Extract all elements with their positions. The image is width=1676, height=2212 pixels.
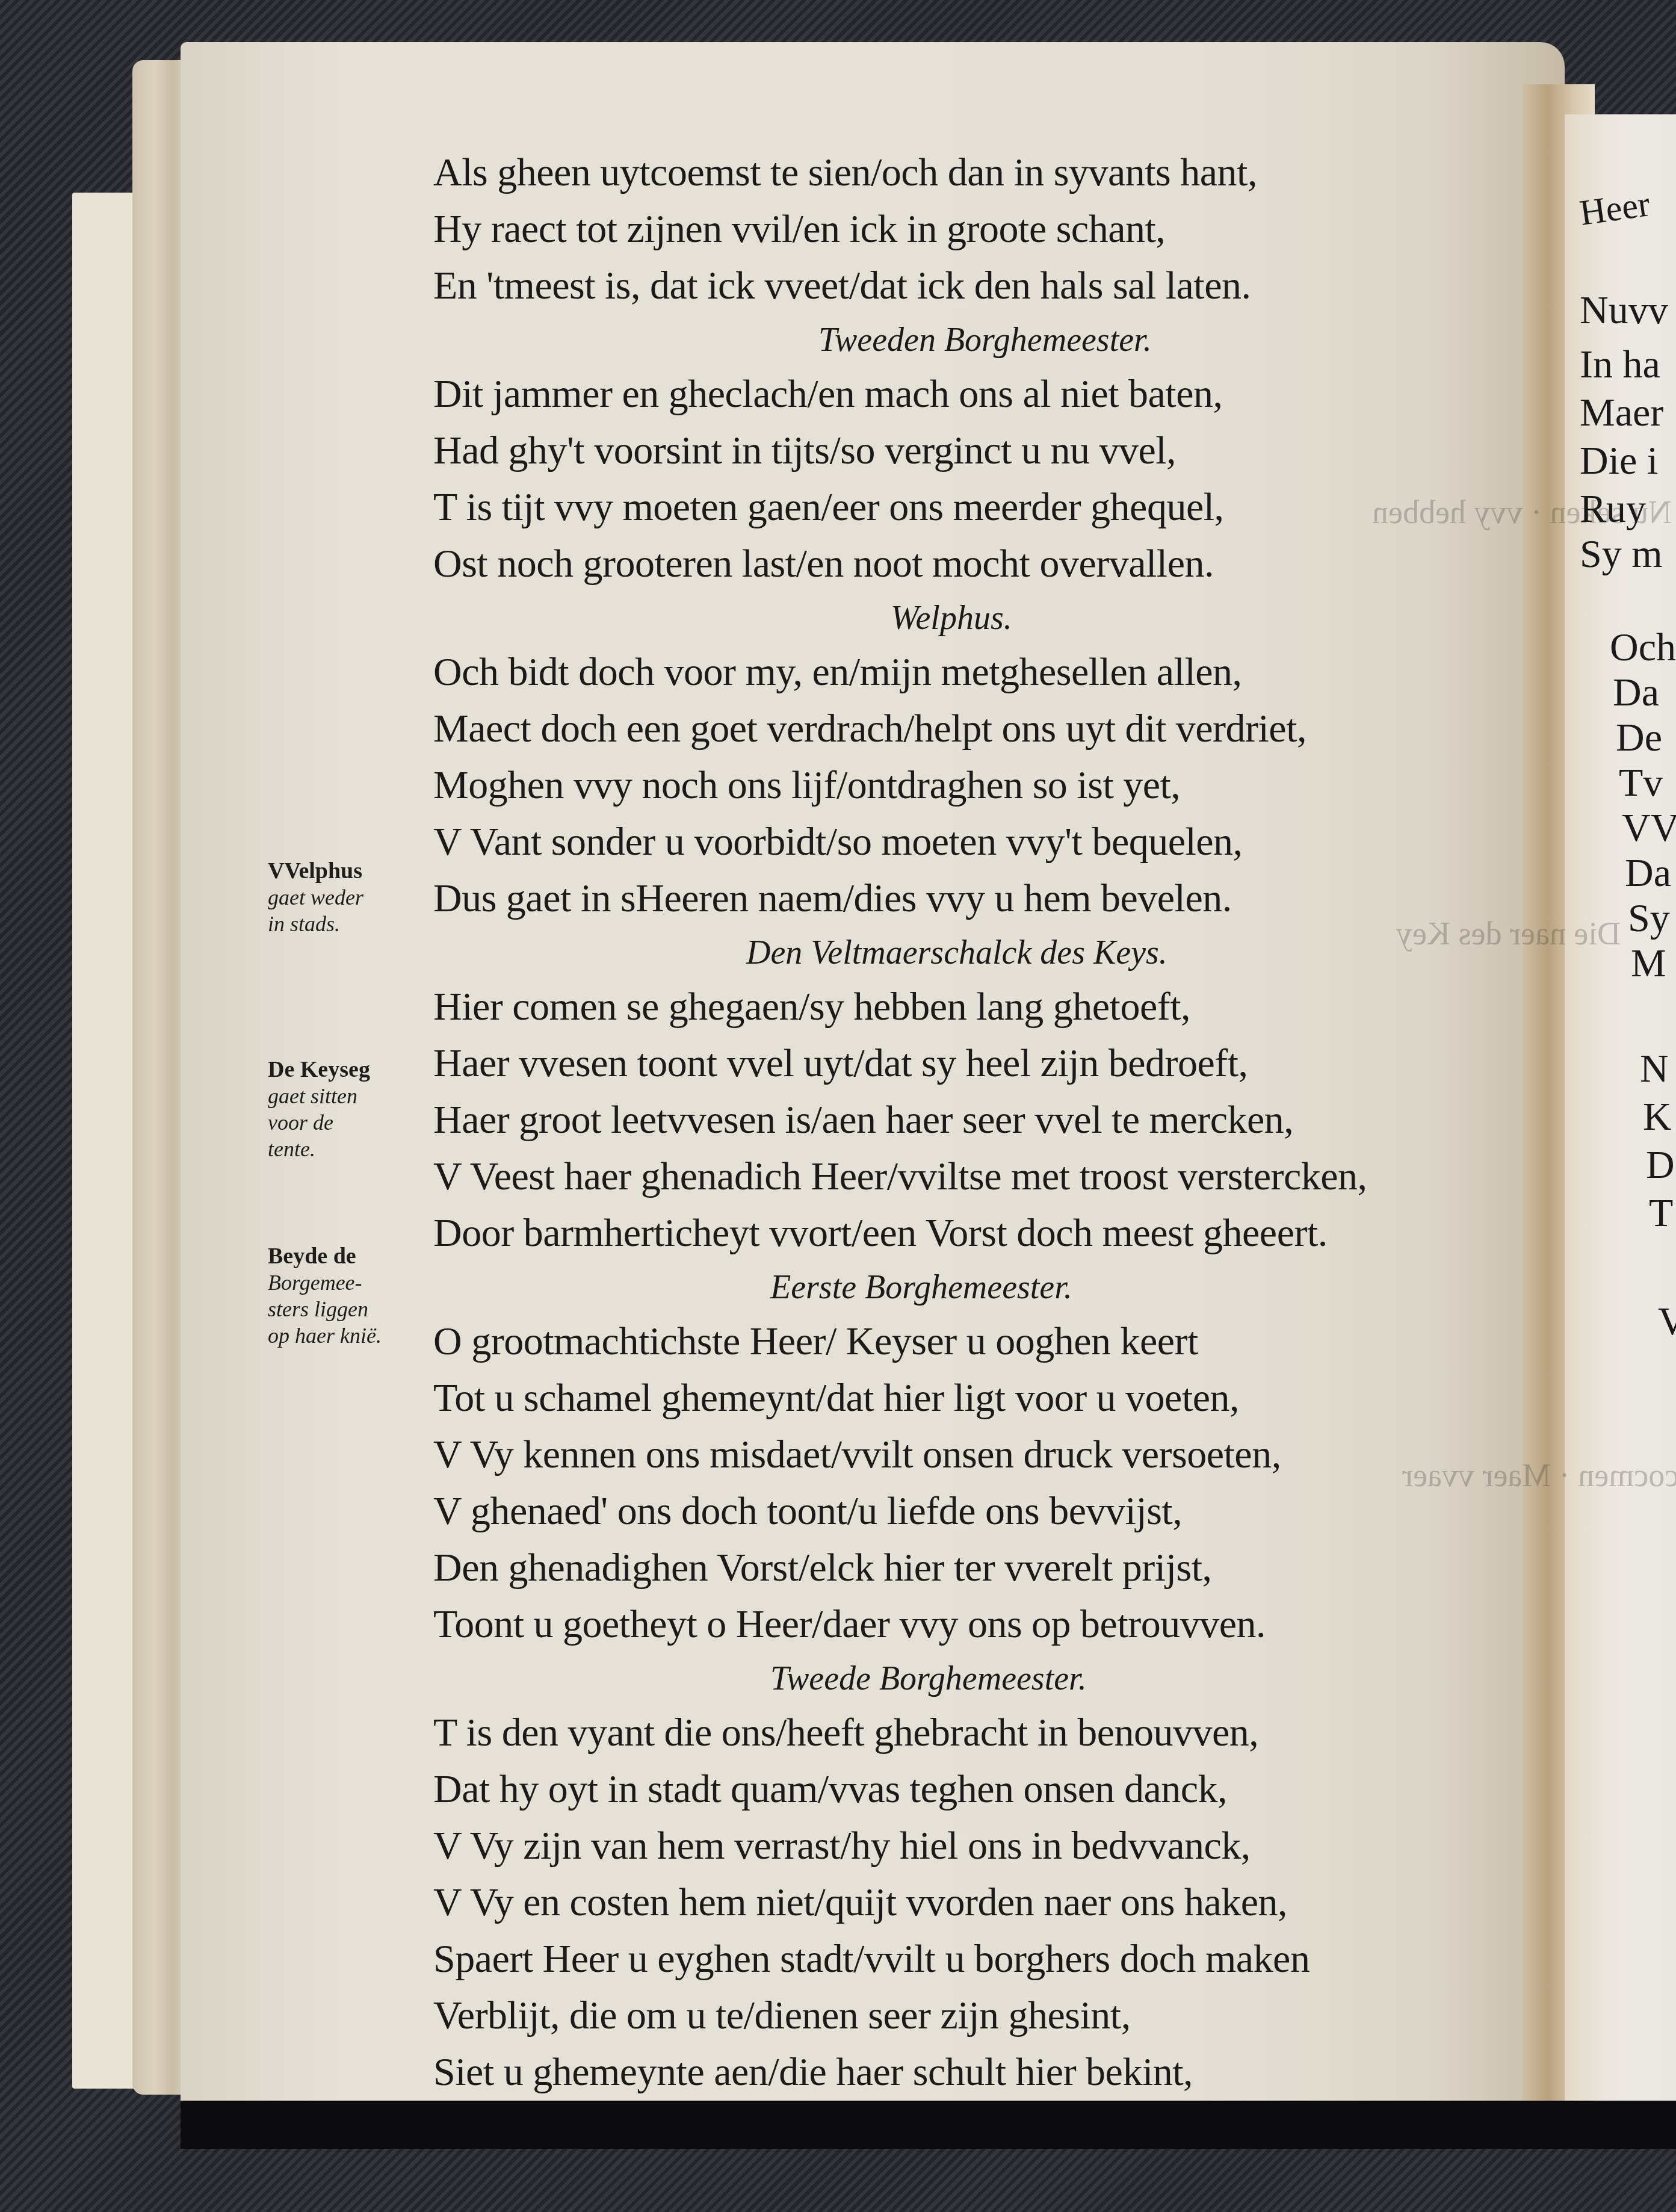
verse-line: Hy raect tot zijnen vvil/en ick in groot… — [433, 201, 1577, 258]
verse-line: V Vy en costen hem niet/quijt vvorden na… — [433, 1874, 1577, 1931]
margin-note-line: sters liggen — [268, 1296, 424, 1322]
facing-line: D — [1646, 1138, 1675, 1193]
verse-line: Door barmherticheyt vvort/een Vorst doch… — [433, 1205, 1577, 1262]
verse-line: O grootmachtichste Heer/ Keyser u ooghen… — [433, 1313, 1577, 1370]
verse-line: Hier comen se ghegaen/sy hebben lang ghe… — [433, 979, 1577, 1035]
verse-line: V Vy kennen ons misdaet/vvilt onsen druc… — [433, 1427, 1577, 1483]
facing-line: Die i — [1580, 433, 1658, 489]
facing-line: T — [1649, 1186, 1673, 1241]
margin-note-line: voor de — [268, 1109, 424, 1136]
verse-line: V ghenaed' ons doch toont/u liefde ons b… — [433, 1483, 1577, 1540]
verse-line: Als gheen uytcoemst te sien/och dan in s… — [433, 144, 1577, 201]
verse-line: Spaert Heer u eyghen stadt/vvilt u borgh… — [433, 1931, 1577, 1987]
margin-note-line: op haer knië. — [268, 1322, 424, 1349]
verse-line: Toont u goetheyt o Heer/daer vvy ons op … — [433, 1596, 1577, 1653]
verse-line: Den ghenadighen Vorst/elck hier ter vver… — [433, 1540, 1577, 1596]
margin-note-heading: De Keyseg — [268, 1056, 424, 1083]
verse-line: V Vy zijn van hem verrast/hy hiel ons in… — [433, 1818, 1577, 1874]
margin-note-line: Borgemee- — [268, 1269, 424, 1296]
verse-line: Haer groot leetvvesen is/aen haer seer v… — [433, 1092, 1577, 1148]
verse-line: Ost noch grooteren last/en noot mocht ov… — [433, 536, 1577, 592]
verse-line: Siet u ghemeynte aen/die haer schult hie… — [433, 2044, 1577, 2101]
speaker-heading: Eerste Borghemeester. — [433, 1262, 1577, 1313]
facing-line: N — [1640, 1041, 1669, 1097]
verse-line: T is den vyant die ons/heeft ghebracht i… — [433, 1705, 1577, 1761]
verse-line: Tot u schamel ghemeynt/dat hier ligt voo… — [433, 1370, 1577, 1427]
bottom-shadow — [181, 2101, 1676, 2149]
facing-line: Maer — [1580, 385, 1663, 441]
margin-note-welphus: VVelphus gaet weder in stads. — [268, 858, 424, 937]
verse-line: Moghen vvy noch ons lijf/ontdraghen so i… — [433, 757, 1577, 814]
margin-note-line: gaet sitten — [268, 1083, 424, 1109]
verse-line: V Vant sonder u voorbidt/so moeten vvy't… — [433, 814, 1577, 870]
margin-note-heading: Beyde de — [268, 1243, 424, 1269]
margin-note-keyser: De Keyseg gaet sitten voor de tente. — [268, 1056, 424, 1162]
facing-line: In ha — [1580, 337, 1660, 392]
margin-note-line: gaet weder — [268, 884, 424, 911]
margin-note-heading: VVelphus — [268, 858, 424, 884]
verse-line: En 'tmeest is, dat ick vveet/dat ick den… — [433, 258, 1577, 314]
speaker-heading: Tweede Borghemeester. — [433, 1653, 1577, 1705]
facing-line: M — [1631, 936, 1666, 991]
margin-note-borghemeesters: Beyde de Borgemee- sters liggen op haer … — [268, 1243, 424, 1349]
margin-note-line: in stads. — [268, 911, 424, 937]
verse-line: Dit jammer en gheclach/en mach ons al ni… — [433, 366, 1577, 423]
facing-line: K — [1643, 1089, 1672, 1145]
verse-line: Haer vvesen toont vvel uyt/dat sy heel z… — [433, 1035, 1577, 1092]
speaker-heading: Tweeden Borghemeester. — [433, 314, 1577, 366]
verse-line: T is tijt vvy moeten gaen/eer ons meerde… — [433, 479, 1577, 536]
facing-line: Sy m — [1580, 527, 1663, 582]
speaker-heading: Welphus. — [433, 592, 1577, 644]
verse-line: Maect doch een goet verdrach/helpt ons u… — [433, 701, 1577, 757]
verse-line: Och bidt doch voor my, en/mijn metghesel… — [433, 644, 1577, 701]
speaker-heading: Den Veltmaerschalck des Keys. — [433, 927, 1577, 979]
verse-line: V Veest haer ghenadich Heer/vviltse met … — [433, 1148, 1577, 1205]
verse-line: Dat hy oyt in stadt quam/vvas teghen ons… — [433, 1761, 1577, 1818]
poem-text-column: Als gheen uytcoemst te sien/och dan in s… — [433, 144, 1577, 2101]
facing-header: Heer — [1576, 176, 1653, 240]
margin-note-line: tente. — [268, 1136, 424, 1162]
verse-line: Had ghy't voorsint in tijts/so verginct … — [433, 423, 1577, 479]
verse-line: Dus gaet in sHeeren naem/dies vvy u hem … — [433, 870, 1577, 927]
verse-line: Verblijt, die om u te/dienen seer zijn g… — [433, 1987, 1577, 2044]
facing-line: Nuvv — [1580, 283, 1668, 338]
facing-line: V — [1658, 1294, 1676, 1349]
